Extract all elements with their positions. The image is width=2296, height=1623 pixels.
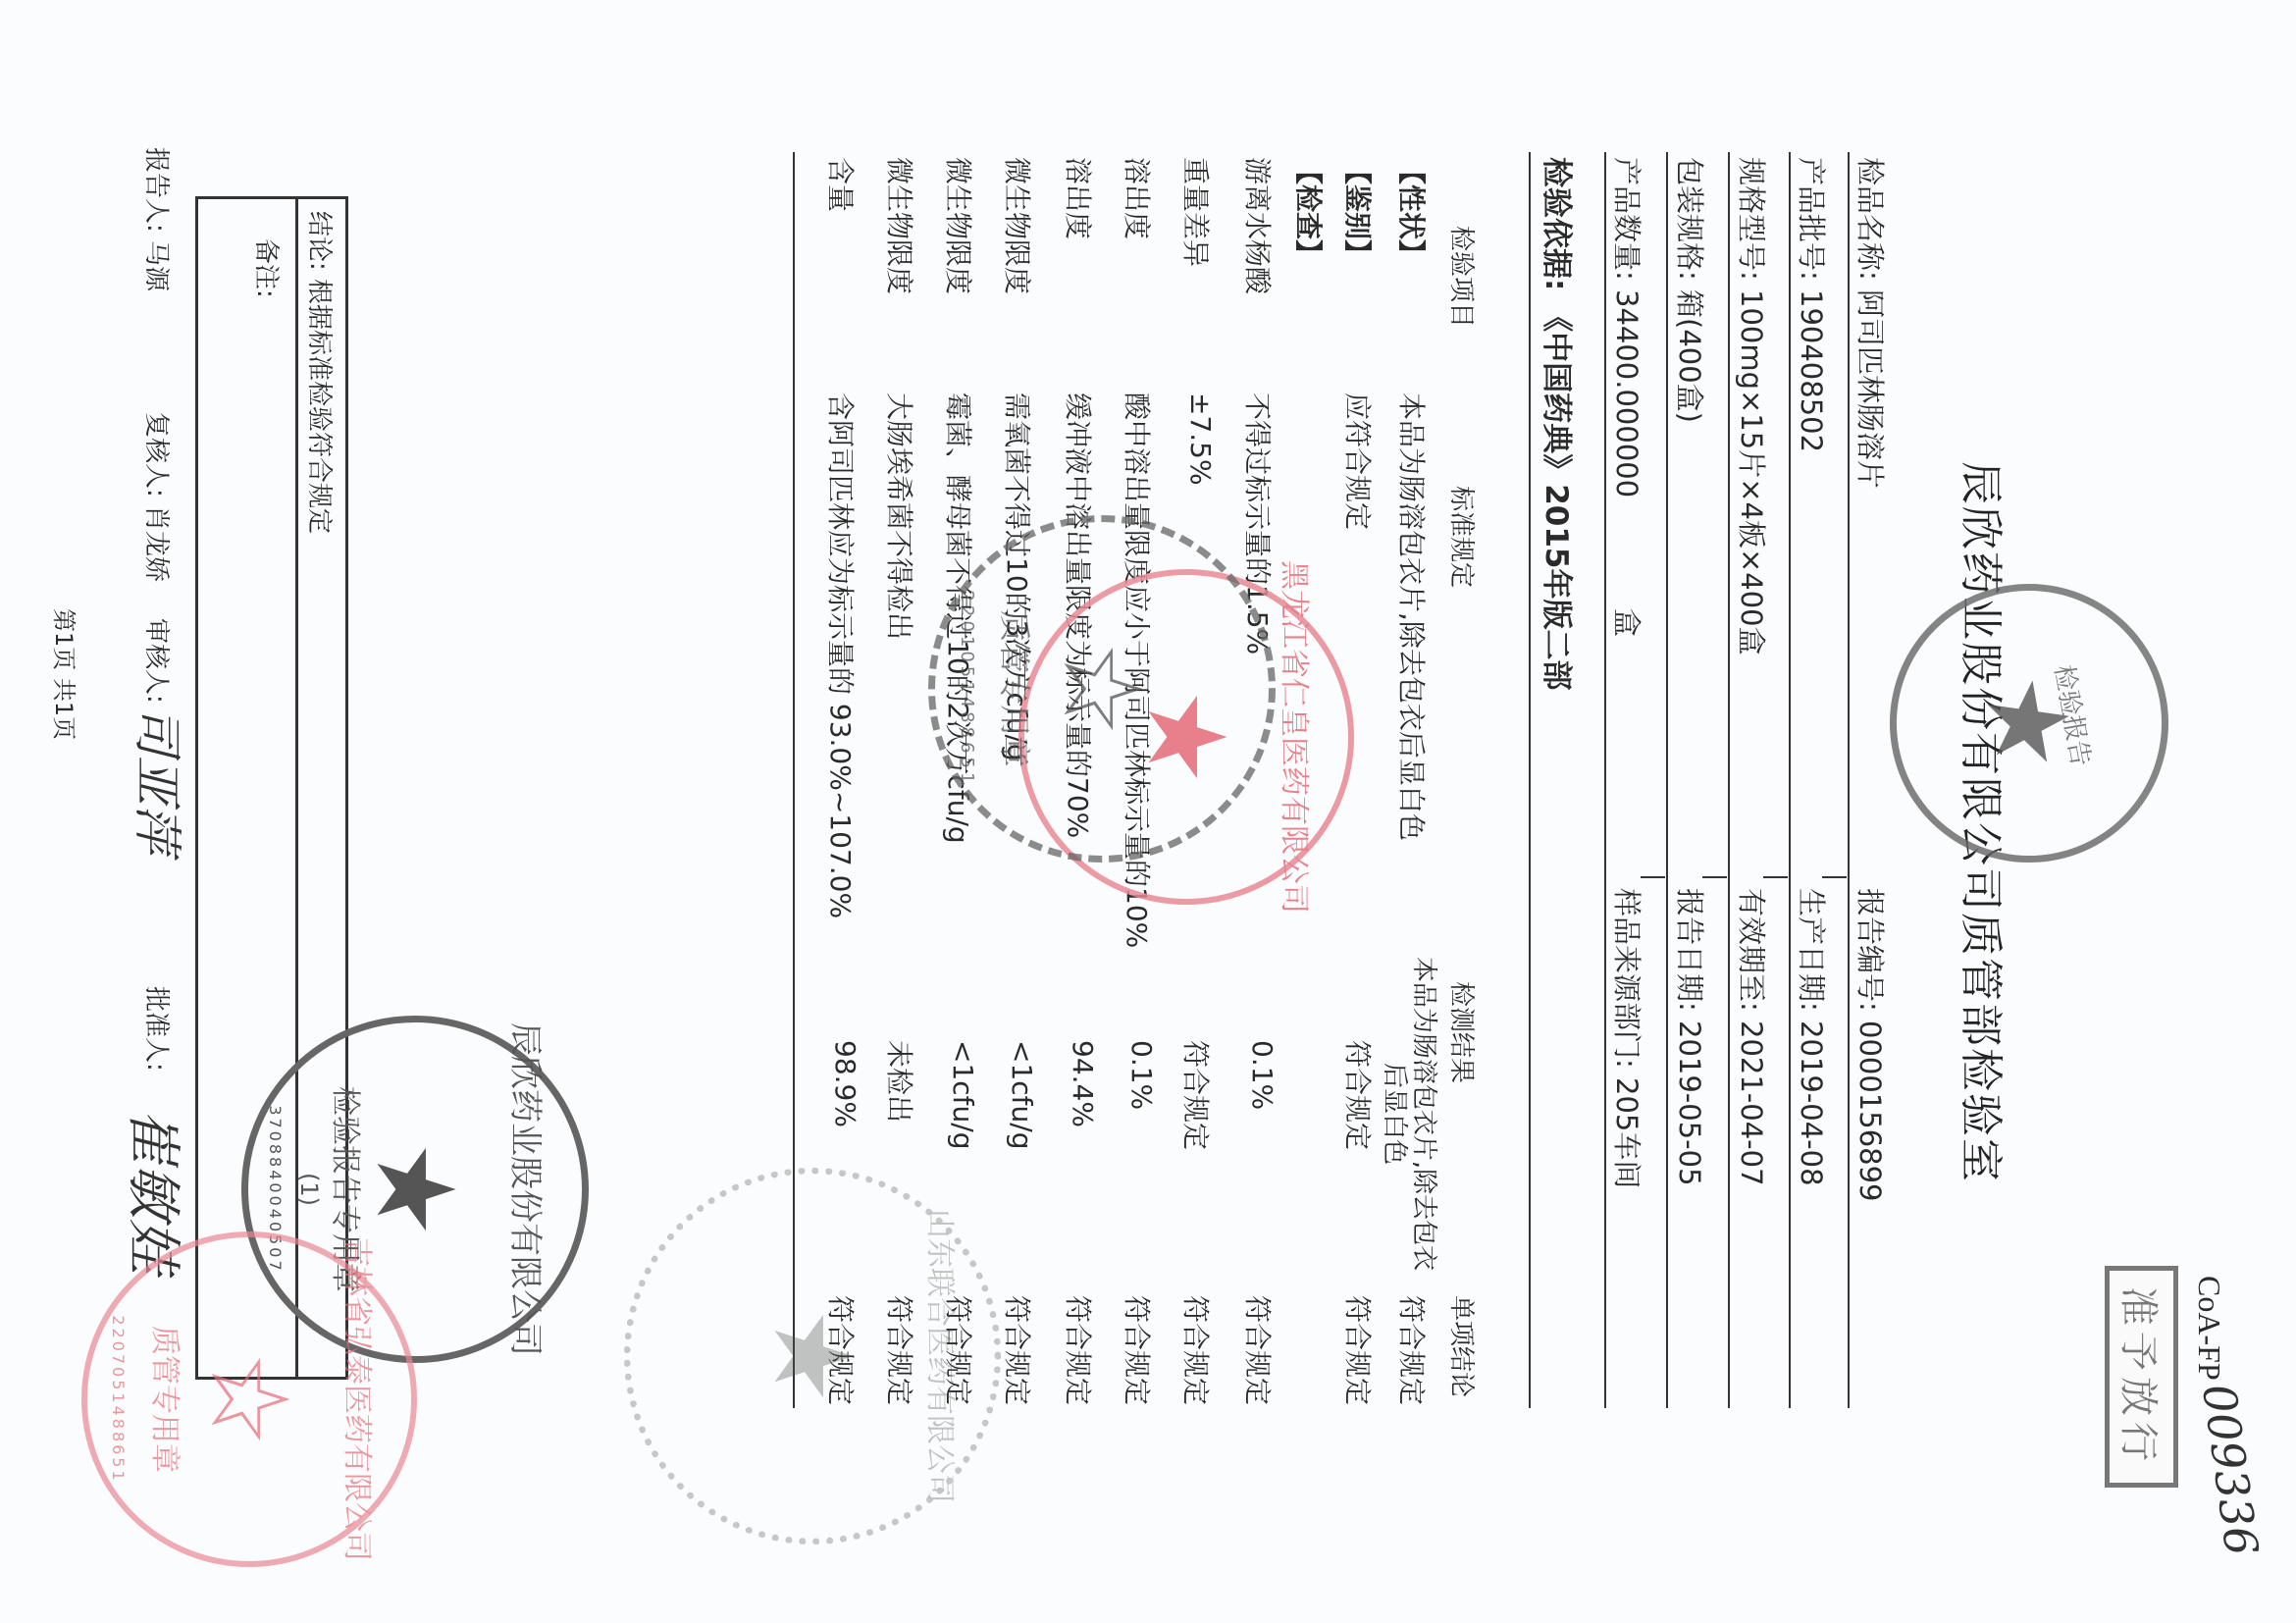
- field-batch-number: 产品批号: 190408502: [1793, 157, 1833, 452]
- form-code: CoA-FP: [2191, 1276, 2227, 1381]
- col-header-result: 检测结果: [1445, 981, 1482, 1083]
- rule: [1728, 152, 1730, 1408]
- table-cell-result: 符合规定: [1177, 1040, 1217, 1150]
- jilin-stamp-a: ☆ 质管专用章 2201051488651: [928, 515, 1276, 863]
- col-header-conclusion: 单项结论: [1445, 1295, 1482, 1397]
- rule: [1789, 152, 1791, 1408]
- table-cell-result: 94.4%: [1067, 1040, 1099, 1127]
- rule: [1848, 152, 1850, 1408]
- handwritten-number: 009336: [2192, 1381, 2269, 1558]
- table-cell-item: 游离水杨酸: [1239, 157, 1278, 294]
- field-product-name: 检品名称: 阿司匹林肠溶片: [1852, 157, 1892, 489]
- field-quantity-unit: 盒: [1608, 608, 1648, 637]
- reviewer: 复核人: 肖龙娇: [140, 412, 177, 582]
- table-cell-item: 微生物限度: [999, 157, 1038, 294]
- remarks: 备注:: [250, 238, 287, 298]
- star-icon: ★: [758, 1308, 866, 1405]
- auditor-label: 审核人:: [140, 618, 177, 704]
- star-icon: ☆: [1048, 641, 1156, 738]
- table-cell-conclusion: 符合规定: [1177, 1295, 1217, 1405]
- rule: [1702, 876, 1727, 878]
- field-expiry-date: 有效期至: 2021-04-07: [1733, 888, 1773, 1186]
- table-cell-result: 0.1%: [1125, 1040, 1158, 1110]
- table-cell-result: 未检出: [881, 1040, 920, 1123]
- table-cell-conclusion: 符合规定: [1239, 1295, 1278, 1405]
- approver-label: 批准人:: [140, 986, 177, 1072]
- col-header-standard: 标准规定: [1445, 486, 1482, 588]
- table-cell-result: 0.1%: [1246, 1040, 1278, 1110]
- table-cell-conclusion: 符合规定: [1339, 1295, 1379, 1405]
- table-cell-result: 本品为肠溶包衣片,除去包衣后显白色: [1380, 952, 1438, 1276]
- table-cell-item: 【鉴别】: [1339, 157, 1379, 267]
- table-cell-result: 符合规定: [1339, 1040, 1379, 1150]
- rule: [1604, 152, 1606, 1408]
- qc-lab-stamp: ★ 检验报告: [1867, 561, 2190, 884]
- table-cell-item: 溶出度: [1060, 157, 1099, 239]
- field-report-date: 报告日期: 2019-05-05: [1671, 888, 1711, 1186]
- table-cell-result: <1cfu/g: [1006, 1040, 1038, 1149]
- rule: [1666, 152, 1668, 1408]
- inspection-report-page: CoA-FP 准予放行 009336 辰欣药业股份有限公司质管部检验室 检品名称…: [0, 0, 2296, 1623]
- table-cell-conclusion: 符合规定: [1119, 1295, 1158, 1405]
- reporter: 报告人: 马源: [140, 147, 177, 291]
- table-cell-conclusion: 符合规定: [1393, 1295, 1433, 1405]
- auditor-signature: 司亚萍: [126, 707, 196, 854]
- rule: [1529, 152, 1531, 1408]
- page-number: 第1页 共1页: [49, 608, 83, 740]
- shandong-stamp: ★ 山东联合医药有限公司: [624, 1168, 1001, 1544]
- star-icon: ☆: [195, 1351, 303, 1448]
- field-report-number: 报告编号: 0000156899: [1852, 888, 1892, 1202]
- conclusion: 结论: 根据标准检验符合规定: [303, 211, 339, 534]
- inspection-basis: 检验依据: 《中国药典》2015年版二部: [1538, 157, 1582, 690]
- table-cell-item: 微生物限度: [940, 157, 979, 294]
- field-production-date: 生产日期: 2019-04-08: [1793, 888, 1833, 1186]
- table-cell-item: 【性状】: [1393, 157, 1433, 267]
- jilin-stamp-b: ☆ 吉林省弘泰医药有限公司 质管专用章 2207051488651: [81, 1231, 417, 1567]
- field-quantity: 产品数量: 34400.000000: [1608, 157, 1648, 497]
- table-cell-standard: 应符合规定: [1339, 393, 1379, 530]
- table-cell-standard: 含阿司匹林应为标示量的 93.0%~107.0%: [822, 393, 861, 918]
- star-icon: ★: [361, 1141, 469, 1238]
- table-cell-item: 含量: [822, 157, 861, 212]
- field-packaging: 包装规格: 箱(400盒): [1671, 157, 1711, 423]
- table-cell-item: 溶出度: [1119, 157, 1158, 239]
- table-cell-conclusion: 符合规定: [999, 1295, 1038, 1405]
- table-cell-standard: 本品为肠溶包衣片,除去包衣后显白色: [1393, 393, 1433, 841]
- field-sample-source: 样品来源部门: 205车间: [1608, 888, 1648, 1188]
- table-cell-item: 微生物限度: [881, 157, 920, 294]
- release-stamp: 准予放行: [2105, 1266, 2178, 1488]
- rule: [1822, 876, 1847, 878]
- table-cell-standard: 大肠埃希菌不得检出: [881, 393, 920, 640]
- field-specification: 规格型号: 100mg×15片×4板×400盒: [1733, 157, 1773, 655]
- table-cell-result: 98.9%: [829, 1040, 861, 1127]
- col-header-item: 检验项目: [1445, 226, 1482, 328]
- table-cell-standard: ±7.5%: [1184, 393, 1217, 486]
- rule: [1641, 876, 1665, 878]
- table-cell-result: <1cfu/g: [947, 1040, 979, 1149]
- table-cell-item: 重量差异: [1177, 157, 1217, 267]
- table-cell-item: 【检查】: [1290, 157, 1330, 267]
- table-cell-conclusion: 符合规定: [1060, 1295, 1099, 1405]
- rule: [1763, 876, 1788, 878]
